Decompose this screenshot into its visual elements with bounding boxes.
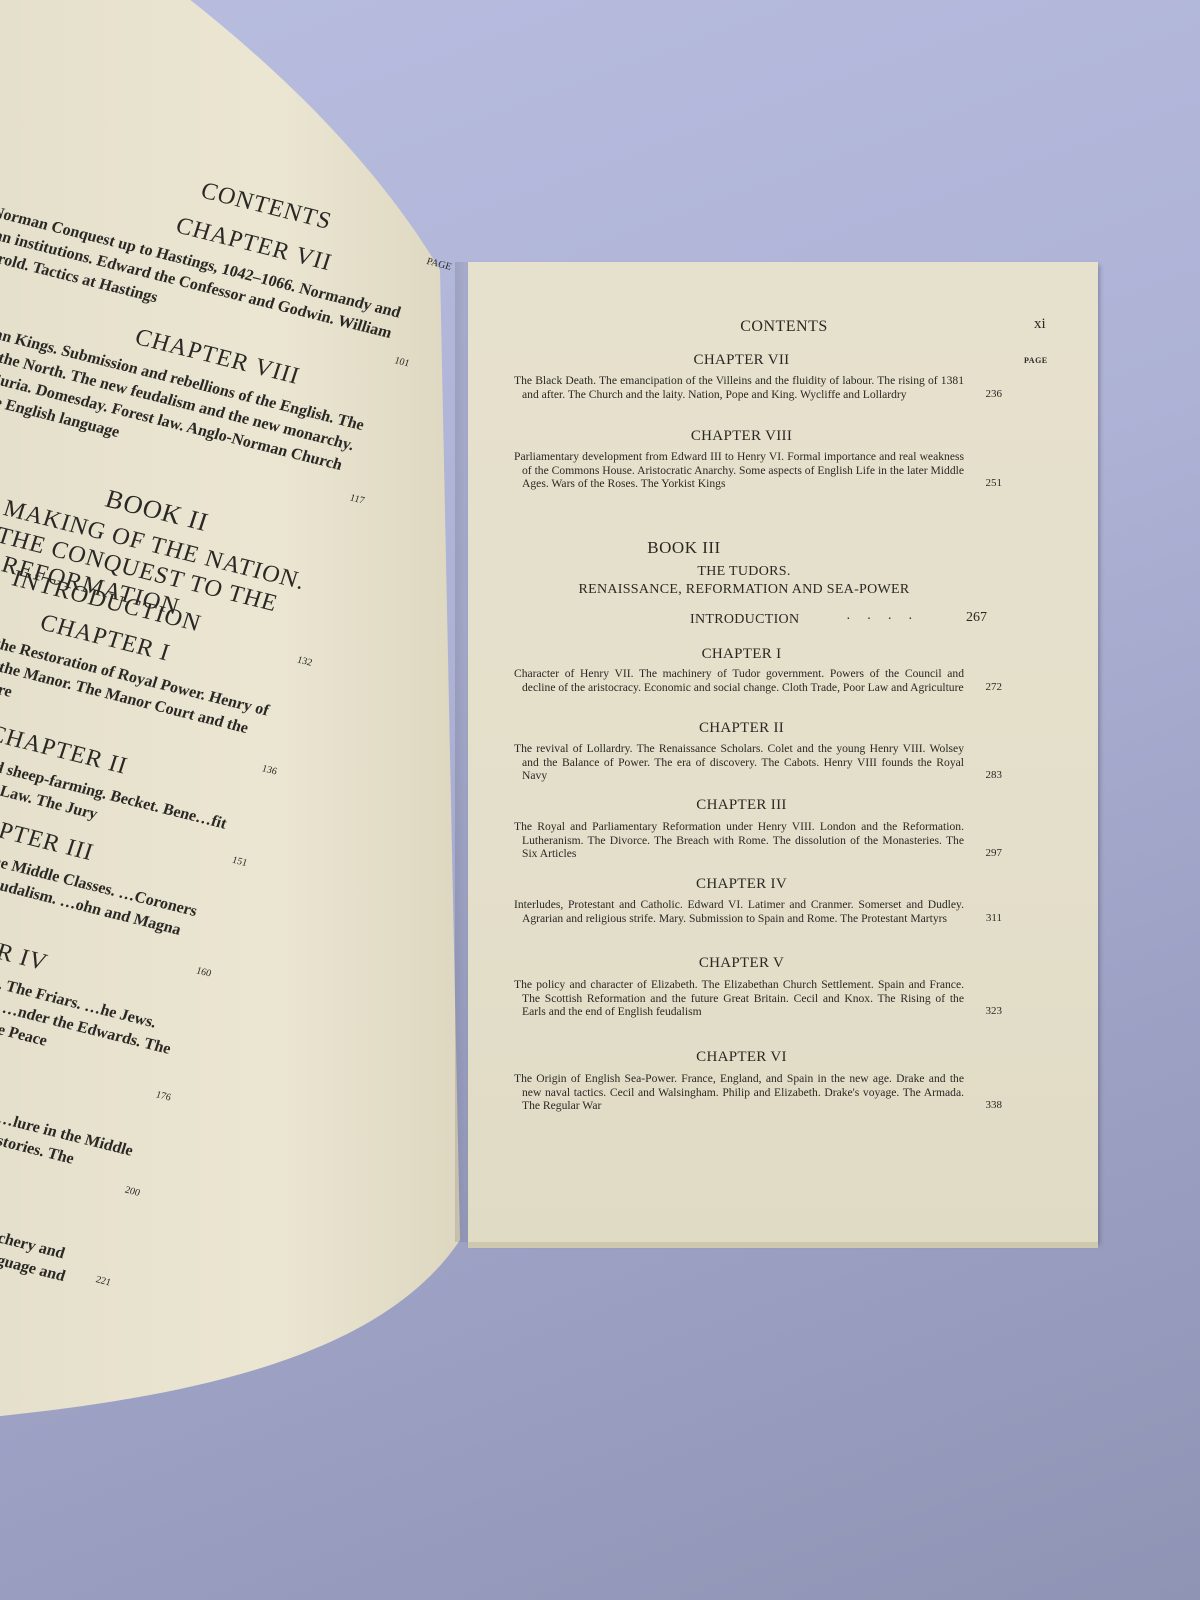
- chapter-vii-text: The Black Death. The emancipation of the…: [514, 374, 964, 401]
- chapter-iii-entry: The Royal and Parliamentary Reformation …: [514, 820, 964, 861]
- book-iii-subtitle-1: THE TUDORS.: [494, 564, 994, 580]
- chapter-iii-title: CHAPTER III: [514, 797, 969, 814]
- chapter-vii-page: 236: [986, 388, 1003, 402]
- introduction-leader-dots: ····: [846, 612, 929, 628]
- chapter-vii-title: CHAPTER VII: [514, 352, 969, 369]
- chapter-vi-text: The Origin of English Sea-Power. France,…: [514, 1072, 964, 1113]
- chapter-iv-text: Interludes, Protestant and Catholic. Edw…: [514, 898, 964, 925]
- chapter-vi-page: 338: [986, 1099, 1003, 1113]
- chapter-viii-title: CHAPTER VIII: [514, 428, 969, 445]
- folio-number: xi: [1034, 316, 1046, 333]
- right-page: CONTENTS xi PAGE CHAPTER VII The Black D…: [468, 262, 1098, 1242]
- book-iii-subtitle-2: RENAISSANCE, REFORMATION AND SEA-POWER: [494, 582, 994, 598]
- page-column-label: PAGE: [1024, 356, 1048, 365]
- chapter-v-title: CHAPTER V: [514, 955, 969, 972]
- book-iii-introduction: INTRODUCTION: [690, 612, 799, 628]
- chapter-ii-entry: The revival of Lollardry. The Renaissanc…: [514, 742, 964, 783]
- chapter-vi-title: CHAPTER VI: [514, 1049, 969, 1066]
- chapter-iv-page: 311: [986, 912, 1002, 926]
- chapter-viii-page: 251: [986, 477, 1003, 491]
- chapter-i-entry: Character of Henry VII. The machinery of…: [514, 667, 964, 694]
- chapter-i-title: CHAPTER I: [514, 646, 969, 663]
- chapter-iii-page: 297: [986, 847, 1003, 861]
- introduction-page: 267: [966, 610, 987, 626]
- chapter-i-page: 272: [986, 681, 1003, 695]
- book-iii-title: BOOK III: [454, 538, 914, 558]
- contents-heading: CONTENTS: [514, 318, 1054, 336]
- chapter-viii-text: Parliamentary development from Edward II…: [514, 450, 964, 491]
- chapter-v-text: The policy and character of Elizabeth. T…: [514, 978, 964, 1019]
- chapter-viii-entry: Parliamentary development from Edward II…: [514, 450, 964, 491]
- chapter-iv-entry: Interludes, Protestant and Catholic. Edw…: [514, 898, 964, 925]
- chapter-i-text: Character of Henry VII. The machinery of…: [514, 667, 964, 694]
- chapter-ii-page: 283: [986, 769, 1003, 783]
- chapter-vi-entry: The Origin of English Sea-Power. France,…: [514, 1072, 964, 1113]
- chapter-ii-text: The revival of Lollardry. The Renaissanc…: [514, 742, 964, 783]
- chapter-v-entry: The policy and character of Elizabeth. T…: [514, 978, 964, 1019]
- chapter-iv-title: CHAPTER IV: [514, 876, 969, 893]
- chapter-iii-text: The Royal and Parliamentary Reformation …: [514, 820, 964, 861]
- chapter-v-page: 323: [986, 1005, 1003, 1019]
- chapter-vii-entry: The Black Death. The emancipation of the…: [514, 374, 964, 401]
- chapter-ii-title: CHAPTER II: [514, 720, 969, 737]
